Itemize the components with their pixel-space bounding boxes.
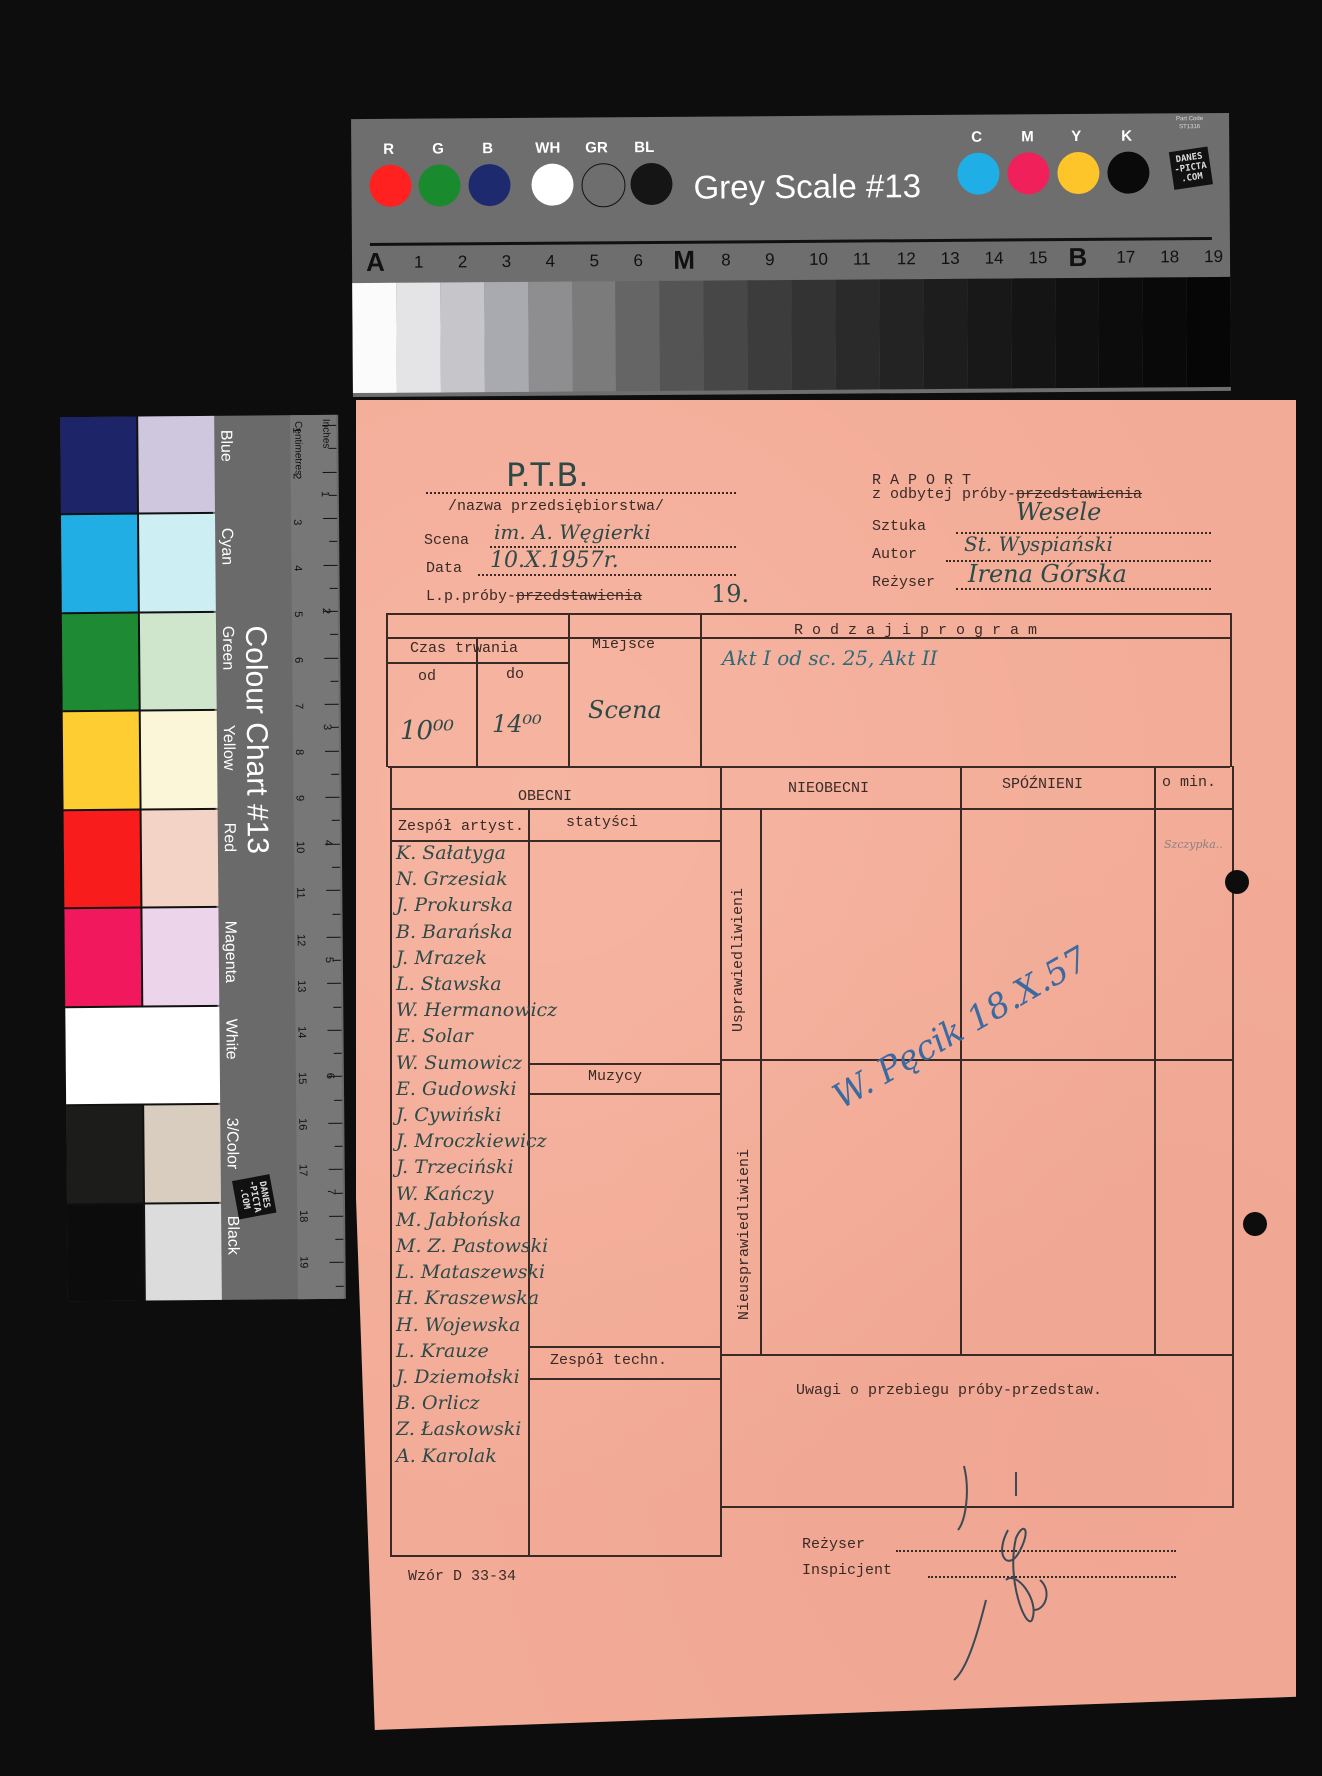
patch-yellow-tint: [141, 711, 218, 808]
cm-tick-label: 4: [291, 565, 303, 571]
swatch-m: [1007, 152, 1049, 194]
scale-label: 12: [897, 249, 916, 269]
grey-step: [352, 283, 397, 393]
do-header: do: [506, 666, 524, 683]
actor-name: J. Trzeciński: [396, 1154, 557, 1180]
company-value: P.T.B.: [506, 456, 589, 494]
colour-name: White: [221, 1019, 239, 1060]
cm-tick-label: 3: [291, 519, 303, 525]
ruler-tick: [323, 518, 337, 519]
scale-label: 5: [589, 251, 599, 271]
ruler-tick: [326, 890, 340, 891]
colour-name: Red: [220, 823, 238, 853]
table-line: [388, 766, 1230, 768]
inch-tick-label: 5: [323, 956, 335, 962]
ruler-tick: [322, 425, 336, 426]
czas-trwania-header: Czas trwania: [410, 640, 518, 657]
rodzaj-header: R o d z a j i p r o g r a m: [794, 622, 1037, 639]
swatch-label: GR: [585, 139, 608, 156]
cm-tick-label: 2: [291, 473, 303, 479]
scale-label: 11: [853, 249, 871, 269]
grey-step: [791, 280, 836, 390]
od-value: 10⁰⁰: [400, 716, 454, 746]
actor-name: J. Mrazek: [396, 945, 557, 971]
patch-3-color-tint: [144, 1105, 221, 1202]
swatch-label: R: [383, 141, 394, 158]
form-number: Wzór D 33-34: [408, 1568, 516, 1585]
table-line: [386, 662, 570, 664]
swatch-bl: [630, 163, 672, 205]
spoznieni-header: SPÓŹNIENI: [1002, 776, 1083, 793]
colour-chart: BlueCyanGreenYellowRedMagentaWhite3/Colo…: [60, 415, 346, 1301]
ruler-tick: [325, 750, 339, 751]
ruler-tick: [324, 657, 338, 658]
ruler-tick: [328, 1123, 342, 1124]
patch-cyan-tint: [139, 514, 216, 611]
autor-label: Autor: [872, 546, 917, 563]
ruler-tick: [328, 448, 336, 449]
scale-label: 10: [809, 250, 828, 270]
colour-name: Green: [218, 626, 236, 671]
swatch-label: Y: [1071, 128, 1081, 145]
zespol-techn-header: Zespół techn.: [550, 1352, 667, 1369]
obecni-header: OBECNI: [518, 788, 572, 805]
rezyser-label: Reżyser: [872, 574, 935, 591]
ruler-tick: [329, 1169, 343, 1170]
table-line: [700, 614, 702, 766]
grey-step: [1055, 278, 1100, 388]
grey-step: [660, 281, 705, 391]
cm-tick-label: 8: [293, 749, 305, 755]
colour-patches: [60, 416, 220, 1301]
data-dotline: [478, 574, 736, 576]
colour-chart-title: Colour Chart #13: [238, 625, 274, 854]
ruler-tick: [331, 774, 339, 775]
table-line: [760, 808, 762, 1354]
grey-step: [747, 280, 792, 390]
ruler-tick: [323, 471, 337, 472]
zespol-artyst-header: Zespół artyst.: [398, 818, 524, 835]
footer-rezyser-label: Reżyser: [802, 1536, 865, 1553]
ruler-tick: [334, 1053, 342, 1054]
swatch-label: WH: [535, 140, 560, 157]
o-min-value: Szczypka..: [1164, 838, 1223, 851]
swatch-g: [418, 164, 460, 206]
grey-step: [396, 282, 441, 392]
swatch-c: [957, 153, 999, 195]
scale-label: 8: [721, 250, 731, 270]
swatch-label: C: [971, 129, 982, 146]
cm-tick-label: 1: [290, 427, 302, 433]
patch-white-solid: [65, 1007, 220, 1105]
colour-name: Magenta: [221, 921, 240, 983]
actor-name: M. Jabłońska: [396, 1207, 557, 1233]
danes-picta-logo: DANES-PICTA.COM: [232, 1174, 276, 1219]
swatch-y: [1057, 152, 1099, 194]
statysci-header: statyści: [566, 814, 638, 831]
scena-label: Scena: [424, 532, 469, 549]
scale-label: 1: [414, 253, 424, 273]
grey-steps: [352, 277, 1231, 393]
cm-tick-label: 19: [297, 1256, 309, 1268]
actor-name: J. Cywiński: [396, 1102, 557, 1128]
od-header: od: [418, 668, 436, 685]
ruler-tick: [327, 937, 341, 938]
grey-step: [572, 281, 617, 391]
ruler-tick: [323, 564, 337, 565]
patch-blue-solid: [60, 417, 137, 514]
grey-step: [484, 282, 529, 392]
scale-label: 2: [458, 252, 468, 272]
actor-name: W. Sumowicz: [396, 1050, 557, 1076]
scale-label: 13: [941, 249, 960, 269]
rehearsal-report-form: P.T.B. /nazwa przedsiębiorstwa/ Scena im…: [356, 400, 1296, 1730]
table-line: [530, 1063, 720, 1065]
table-line: [530, 1093, 720, 1095]
ruler-tick: [333, 1006, 341, 1007]
grey-step: [1142, 277, 1187, 387]
inch-tick-label: 6: [324, 1073, 336, 1079]
cm-tick-label: 9: [293, 795, 305, 801]
swatch-wh: [531, 164, 573, 206]
scale-label: 17: [1116, 248, 1135, 268]
scale-label: 14: [985, 249, 1004, 269]
swatch-label: K: [1121, 128, 1132, 145]
nieusprawiedliwieni-label: Nieusprawiedliwieni: [736, 1100, 753, 1320]
cm-tick-label: 6: [292, 657, 304, 663]
patch-3-color-solid: [66, 1106, 143, 1203]
swatch-label: G: [432, 140, 444, 157]
inch-tick-label: 2: [320, 607, 332, 613]
lp-label: L.p.próby-: [426, 588, 516, 605]
colour-name: 3/Color: [222, 1117, 240, 1169]
part-code: Part CodeST1316: [1176, 115, 1203, 131]
colour-name: Blue: [216, 430, 234, 462]
colour-name: Cyan: [217, 528, 235, 566]
patch-green-tint: [140, 613, 217, 710]
swatch-r: [369, 165, 411, 207]
actor-name: B. Orlicz: [396, 1390, 557, 1416]
rgb-swatches: RGBWHGRBL: [351, 113, 1229, 119]
scale-label: 9: [765, 250, 775, 270]
patch-magenta-solid: [64, 909, 141, 1006]
swatch-label: B: [482, 140, 493, 157]
cm-tick-label: 10: [294, 842, 306, 854]
table-line: [1154, 766, 1156, 1354]
scale-labels: A123456M89101112131415B171819: [351, 113, 1229, 119]
actor-name: K. Sałatyga: [396, 840, 557, 866]
table-line: [568, 614, 570, 766]
actor-name: A. Karolak: [396, 1443, 557, 1469]
scale-label: B: [1068, 242, 1087, 273]
sztuka-label: Sztuka: [872, 518, 926, 535]
grey-step: [879, 279, 924, 389]
punch-hole: [1225, 870, 1249, 894]
sztuka-value: Wesele: [1016, 498, 1101, 526]
inches-label: Inches: [320, 419, 331, 449]
autor-value: St. Wyspiański: [964, 532, 1113, 556]
uwagi-header: Uwagi o przebiegu próby-przedstaw.: [796, 1382, 1102, 1399]
rodzaj-value: Akt I od sc. 25, Akt II: [722, 646, 938, 670]
grey-step: [1011, 278, 1056, 388]
inch-tick-label: 3: [321, 724, 333, 730]
actor-name: J. Dziemołski: [396, 1364, 557, 1390]
actor-name: W. Hermanowicz: [396, 997, 557, 1023]
muzycy-header: Muzycy: [588, 1068, 642, 1085]
scale-label: M: [673, 245, 695, 276]
swatch-gr: [581, 163, 625, 207]
scale-label: 18: [1160, 247, 1179, 267]
actor-name: J. Prokurska: [396, 892, 557, 918]
ruler-tick: [329, 1216, 343, 1217]
cm-tick-label: 18: [297, 1210, 309, 1222]
scale-label: 4: [546, 252, 556, 272]
ruler-tick: [330, 634, 338, 635]
lp-struck: przedstawienia: [516, 588, 642, 605]
signature: [936, 1460, 1076, 1700]
actor-name: L. Krauze: [396, 1338, 557, 1364]
ruler-tick: [336, 1286, 344, 1287]
actor-name: E. Solar: [396, 1023, 557, 1049]
ruler-tick: [332, 867, 340, 868]
cm-tick-label: 13: [295, 980, 307, 992]
grey-step: [967, 278, 1012, 388]
patch-magenta-tint: [142, 908, 219, 1005]
cmyk-swatches: CMYK: [351, 113, 1229, 119]
lp-value: 19.: [711, 580, 749, 608]
actor-list: K. SałatygaN. GrzesiakJ. ProkurskaB. Bar…: [396, 840, 557, 1469]
swatch-k: [1107, 151, 1149, 193]
ruler-tick: [332, 913, 340, 914]
actor-name: E. Gudowski: [396, 1076, 557, 1102]
ruler-tick: [325, 704, 339, 705]
cm-tick-label: 15: [296, 1072, 308, 1084]
actor-name: L. Stawska: [396, 971, 557, 997]
actor-name: J. Mroczkiewicz: [396, 1128, 557, 1154]
rezyser-value: Irena Górska: [968, 560, 1127, 588]
table-line: [390, 808, 1232, 810]
patch-yellow-solid: [63, 712, 140, 809]
patch-red-solid: [64, 810, 141, 907]
patch-black-solid: [67, 1204, 144, 1301]
usprawiedliwieni-label: Usprawiedliwieni: [730, 832, 747, 1032]
cm-tick-label: 17: [297, 1164, 309, 1176]
footer-inspicjent-label: Inspicjent: [802, 1562, 892, 1579]
scale-label: 19: [1204, 247, 1223, 267]
patch-blue-tint: [138, 416, 215, 513]
ruler-tick: [327, 983, 341, 984]
data-value: 10.X.1957r.: [490, 548, 619, 573]
miejsce-value: Scena: [588, 696, 662, 724]
rezyser-dotline: [956, 588, 1211, 590]
actor-name: L. Mataszewski: [396, 1259, 557, 1285]
o-min-header: o min.: [1162, 774, 1216, 791]
company-dotline: [426, 492, 736, 494]
table-line: [1230, 613, 1232, 767]
table-line: [390, 1555, 722, 1557]
scena-value: im. A. Węgierki: [494, 520, 651, 544]
actor-name: N. Grzesiak: [396, 866, 557, 892]
patch-green-solid: [62, 613, 139, 710]
scale-label: 15: [1028, 248, 1047, 268]
ruler-tick: [332, 820, 340, 821]
cm-tick-label: 5: [292, 611, 304, 617]
nieobecni-header: NIEOBECNI: [788, 780, 869, 797]
inch-tick-label: 1: [319, 491, 331, 497]
ruler-tick: [330, 681, 338, 682]
inch-tick-label: 4: [322, 840, 334, 846]
data-label: Data: [426, 560, 462, 577]
swatch-label: BL: [634, 139, 654, 156]
scale-label: 6: [633, 251, 643, 271]
ruler-tick: [330, 1262, 344, 1263]
patch-red-tint: [142, 810, 219, 907]
swatch-label: M: [1021, 128, 1034, 145]
scale-label: 3: [502, 252, 512, 272]
cm-tick-label: 12: [295, 934, 307, 946]
ruler-tick: [328, 1030, 342, 1031]
report-subtitle: z odbytej próby-przedstawienia: [872, 486, 1142, 503]
punch-hole: [1243, 1212, 1267, 1236]
table-line: [960, 766, 962, 1354]
grey-step: [923, 279, 968, 389]
cm-tick-label: 16: [296, 1118, 308, 1130]
actor-name: Z. Łaskowski: [396, 1416, 557, 1442]
grey-step: [440, 282, 485, 392]
actor-name: W. Kańczy: [396, 1181, 557, 1207]
actor-name: M. Z. Pastowski: [396, 1233, 557, 1259]
grey-scale-title: Grey Scale #13: [693, 167, 921, 207]
grey-step: [1186, 277, 1231, 387]
actor-name: B. Barańska: [396, 919, 557, 945]
patch-cyan-solid: [61, 515, 138, 612]
table-line: [476, 638, 478, 766]
table-line: [386, 613, 388, 767]
ruler-tick: [330, 588, 338, 589]
swatch-b: [468, 164, 510, 206]
cm-tick-label: 14: [295, 1026, 307, 1038]
grey-scale-chart: Part CodeST1316 RGBWHGRBL Grey Scale #13…: [351, 113, 1231, 397]
actor-name: H. Kraszewska: [396, 1285, 557, 1311]
ruler-tick: [335, 1146, 343, 1147]
grey-step: [703, 280, 748, 390]
table-line: [530, 1346, 720, 1348]
ruler-tick: [329, 541, 337, 542]
grey-step: [616, 281, 661, 391]
grey-step: [835, 279, 880, 389]
table-line: [722, 1354, 1234, 1356]
table-line: [720, 766, 722, 1556]
inch-tick-label: 7: [325, 1189, 337, 1195]
ruler-tick: [334, 1099, 342, 1100]
cm-tick-label: 11: [294, 888, 306, 900]
inch-tick-label: 8: [326, 1305, 338, 1311]
company-caption: /nazwa przedsiębiorstwa/: [448, 498, 664, 515]
danes-picta-logo: DANES-PICTA.COM: [1169, 147, 1213, 190]
report-subtitle-text: z odbytej próby-: [872, 486, 1016, 503]
table-line: [390, 767, 392, 1557]
grey-step: [528, 282, 573, 392]
ruler-tick: [335, 1239, 343, 1240]
table-line: [530, 1378, 720, 1380]
lp-line: L.p.próby-przedstawienia: [426, 588, 642, 605]
ruler-tick: [325, 797, 339, 798]
miejsce-header: Miejsce: [592, 636, 655, 653]
actor-name: H. Wojewska: [396, 1312, 557, 1338]
do-value: 14⁰⁰: [492, 710, 542, 738]
colour-name: Yellow: [219, 724, 237, 770]
patch-black-tint: [145, 1203, 222, 1300]
cm-tick-label: 7: [293, 703, 305, 709]
colour-name: Black: [223, 1215, 241, 1254]
table-line: [386, 613, 1230, 615]
grey-step: [1099, 278, 1144, 388]
scale-label: A: [366, 247, 385, 278]
